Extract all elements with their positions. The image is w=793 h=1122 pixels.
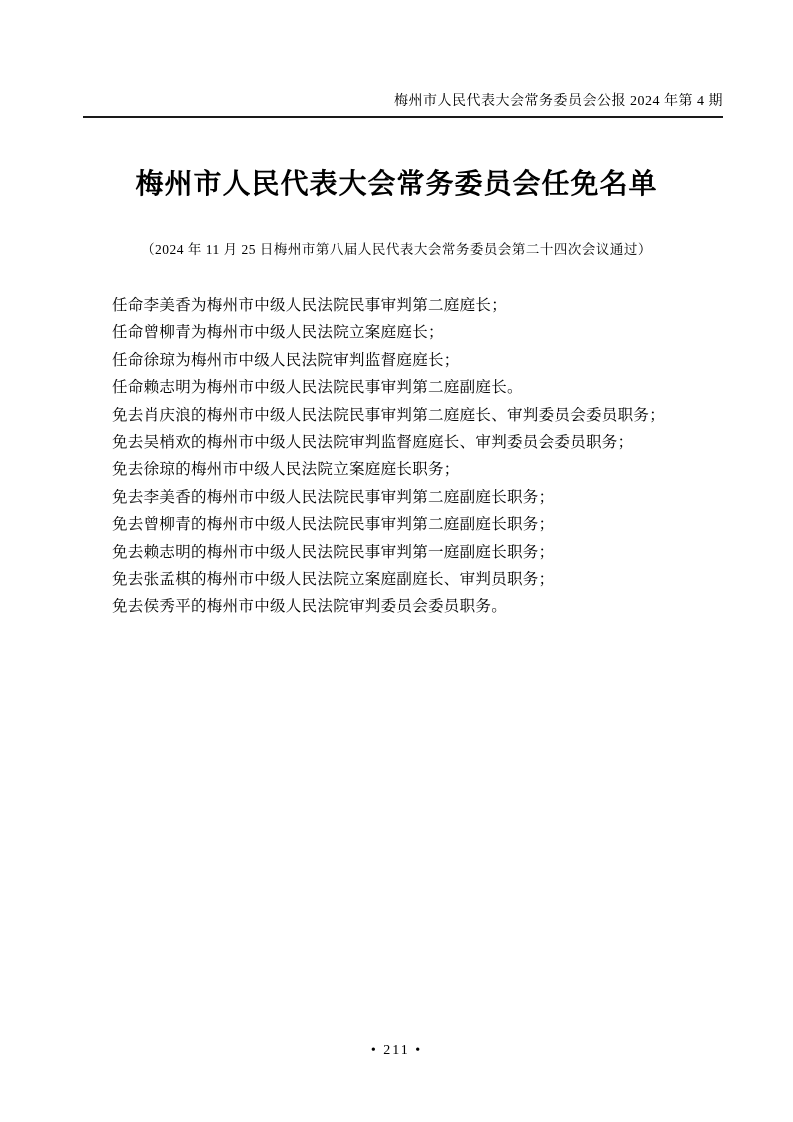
document-subtitle: （2024 年 11 月 25 日梅州市第八届人民代表大会常务委员会第二十四次会… [0, 241, 793, 259]
running-header-text: 梅州市人民代表大会常务委员会公报 2024 年第 4 期 [394, 94, 723, 109]
header-rule-divider [83, 116, 723, 118]
body-line: 免去徐琼的梅州市中级人民法院立案庭庭长职务； [112, 456, 733, 483]
document-page: 梅州市人民代表大会常务委员会公报 2024 年第 4 期 梅州市人民代表大会常务… [0, 0, 793, 1122]
body-line: 免去侯秀平的梅州市中级人民法院审判委员会委员职务。 [112, 593, 733, 620]
body-line: 任命徐琼为梅州市中级人民法院审判监督庭庭长； [112, 347, 733, 374]
body-line: 免去肖庆浪的梅州市中级人民法院民事审判第二庭庭长、审判委员会委员职务； [112, 402, 733, 429]
body-line: 任命赖志明为梅州市中级人民法院民事审判第二庭副庭长。 [112, 374, 733, 401]
body-line: 免去张孟棋的梅州市中级人民法院立案庭副庭长、审判员职务； [112, 566, 733, 593]
body-line: 任命李美香为梅州市中级人民法院民事审判第二庭庭长； [112, 292, 733, 319]
body-line: 任命曾柳青为梅州市中级人民法院立案庭庭长； [112, 319, 733, 346]
body-line: 免去吴梢欢的梅州市中级人民法院审判监督庭庭长、审判委员会委员职务； [112, 429, 733, 456]
body-line: 免去李美香的梅州市中级人民法院民事审判第二庭副庭长职务； [112, 484, 733, 511]
body-line: 免去赖志明的梅州市中级人民法院民事审判第一庭副庭长职务； [112, 539, 733, 566]
running-header: 梅州市人民代表大会常务委员会公报 2024 年第 4 期 [83, 94, 723, 109]
body-line: 免去曾柳青的梅州市中级人民法院民事审判第二庭副庭长职务； [112, 511, 733, 538]
page-number: • 211 • [0, 1042, 793, 1060]
document-body: 任命李美香为梅州市中级人民法院民事审判第二庭庭长； 任命曾柳青为梅州市中级人民法… [112, 292, 733, 621]
document-title: 梅州市人民代表大会常务委员会任免名单 [0, 166, 793, 204]
